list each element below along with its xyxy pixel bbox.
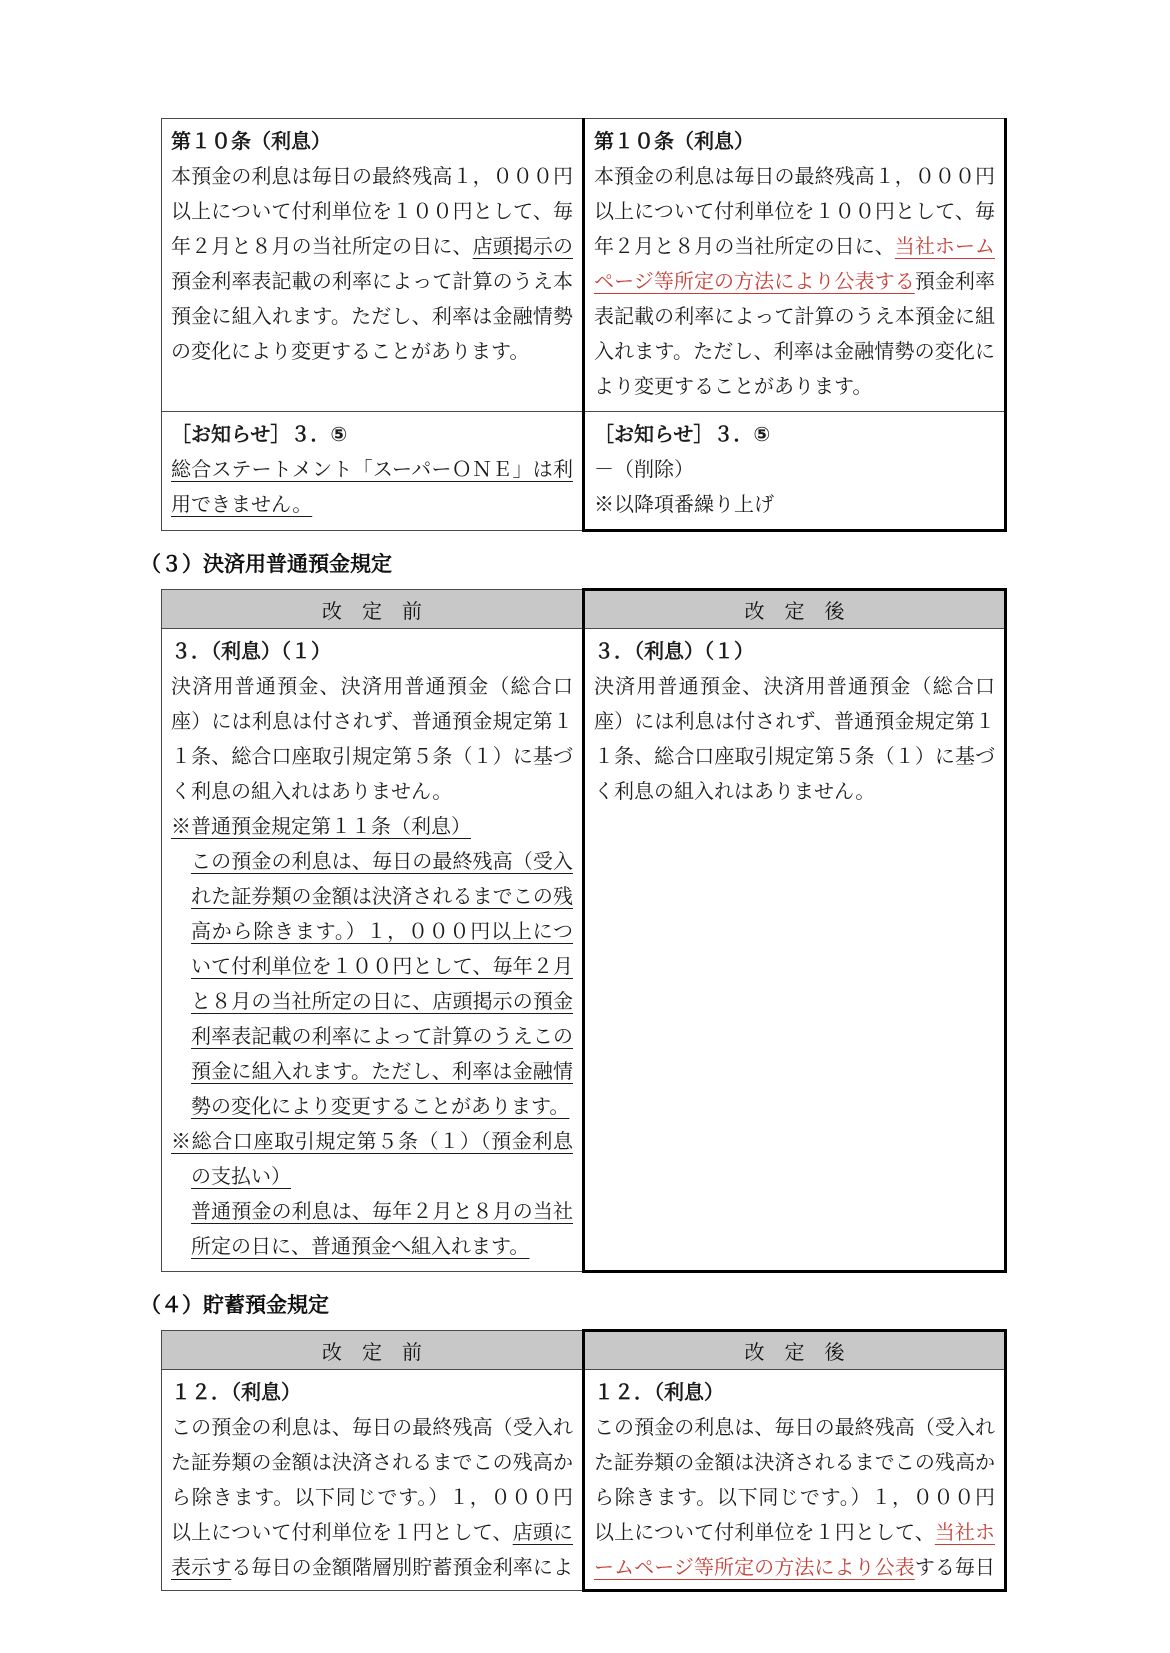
text-segment: ※総合口座取引規定第５条（１）（預金利息の支払い） (171, 1131, 573, 1188)
text-segment: ※以降項番繰り上げ (594, 494, 774, 516)
clause-paragraph: 本預金の利息は毎日の最終残高１，０００円以上について付利単位を１００円として、毎… (171, 160, 573, 370)
clause-paragraph: －（削除） (594, 453, 995, 488)
revision-table-deposit-general: 第１０条（利息）本預金の利息は毎日の最終残高１，０００円以上について付利単位を１… (161, 118, 1007, 532)
cell-before-notice: ［お知らせ］３．⑤総合ステートメント「スーパーＯＮＥ」は利用できません。 (162, 412, 584, 531)
text-segment: この預金の利息は、毎日の最終残高（受入れた証券類の金額は決済されるまでこの残高か… (191, 851, 573, 1118)
section-heading-savings-deposit: （４）貯蓄預金規定 (140, 1292, 1170, 1319)
column-header-after: 改 定 後 (584, 1331, 1006, 1370)
revision-table-savings-deposit: 改 定 前 改 定 後 １２．（利息）この預金の利息は、毎日の最終残高（受入れた… (161, 1329, 1007, 1592)
clause-paragraph: 決済用普通預金、決済用普通預金（総合口座）には利息は付されず、普通預金規定第１１… (171, 670, 573, 810)
text-segment: ［お知らせ］３．⑤ (594, 424, 770, 446)
clause-paragraph: この預金の利息は、毎日の最終残高（受入れた証券類の金額は決済されるまでこの残高か… (191, 845, 573, 1125)
clause-paragraph: 決済用普通預金、決済用普通預金（総合口座）には利息は付されず、普通預金規定第１１… (594, 670, 995, 810)
clause-paragraph: ※総合口座取引規定第５条（１）（預金利息の支払い） (171, 1125, 573, 1195)
text-segment: ３．（利息）（１） (171, 641, 331, 663)
clause-heading: ［お知らせ］３．⑤ (594, 418, 995, 453)
cell-before-settlement-interest: ３．（利息）（１）決済用普通預金、決済用普通預金（総合口座）には利息は付されず、… (162, 629, 584, 1272)
text-segment: 第１０条（利息） (171, 131, 331, 153)
section-heading-settlement-deposit: （３）決済用普通預金規定 (140, 551, 1170, 578)
cell-after-article-10: 第１０条（利息）本預金の利息は毎日の最終残高１，０００円以上について付利単位を１… (584, 119, 1006, 412)
text-segment: 第１０条（利息） (594, 131, 754, 153)
column-header-after: 改 定 後 (584, 590, 1006, 629)
revision-table-settlement-deposit: 改 定 前 改 定 後 ３．（利息）（１）決済用普通預金、決済用普通預金（総合口… (161, 588, 1007, 1273)
text-segment: 総合ステートメント「スーパーＯＮＥ」は利用できません。 (171, 459, 573, 516)
text-segment: 決済用普通預金、決済用普通預金（総合口座）には利息は付されず、普通預金規定第１１… (594, 676, 995, 803)
clipped-cell-content: １２．（利息）この預金の利息は、毎日の最終残高（受入れた証券類の金額は決済される… (594, 1376, 995, 1583)
cell-after-savings-interest: １２．（利息）この預金の利息は、毎日の最終残高（受入れた証券類の金額は決済される… (584, 1370, 1006, 1591)
clause-heading: ３．（利息）（１） (594, 635, 995, 670)
text-segment: 店頭掲示の (473, 236, 573, 258)
text-segment: ３．（利息）（１） (594, 641, 754, 663)
text-segment: る毎日の金額階層別貯蓄預金利率によって計 (171, 1557, 573, 1583)
clause-paragraph: 普通預金の利息は、毎年２月と８月の当社所定の日に、普通預金へ組入れます。 (191, 1195, 573, 1265)
text-segment: 預金利率表記載の利率によって計算のうえ本預金に組入れます。ただし、利率は金融情勢… (171, 271, 573, 363)
document-page: 第１０条（利息）本預金の利息は毎日の最終残高１，０００円以上について付利単位を１… (0, 0, 1170, 1653)
text-segment: ※普通預金規定第１１条（利息） (171, 816, 471, 838)
clause-heading: 第１０条（利息） (171, 125, 573, 160)
cell-before-savings-interest: １２．（利息）この預金の利息は、毎日の最終残高（受入れた証券類の金額は決済される… (162, 1370, 584, 1591)
text-segment: －（削除） (594, 459, 694, 481)
clause-heading: ［お知らせ］３．⑤ (171, 418, 573, 453)
clause-paragraph: 本預金の利息は毎日の最終残高１，０００円以上について付利単位を１００円として、毎… (594, 160, 995, 405)
cell-after-settlement-interest: ３．（利息）（１）決済用普通預金、決済用普通預金（総合口座）には利息は付されず、… (584, 629, 1006, 1272)
column-header-before: 改 定 前 (162, 590, 584, 629)
text-segment: ［お知らせ］３．⑤ (171, 424, 347, 446)
clause-heading: ３．（利息）（１） (171, 635, 573, 670)
column-header-before: 改 定 前 (162, 1331, 584, 1370)
clause-paragraph: 総合ステートメント「スーパーＯＮＥ」は利用できません。 (171, 453, 573, 523)
cell-after-notice: ［お知らせ］３．⑤－（削除）※以降項番繰り上げ (584, 412, 1006, 531)
clause-heading: １２．（利息） (594, 1376, 995, 1411)
cell-before-article-10: 第１０条（利息）本預金の利息は毎日の最終残高１，０００円以上について付利単位を１… (162, 119, 584, 412)
clause-heading: 第１０条（利息） (594, 125, 995, 160)
text-segment: 決済用普通預金、決済用普通預金（総合口座）には利息は付されず、普通預金規定第１１… (171, 676, 573, 803)
clause-paragraph: ※以降項番繰り上げ (594, 488, 995, 523)
text-segment: 普通預金の利息は、毎年２月と８月の当社所定の日に、普通預金へ組入れます。 (191, 1201, 573, 1258)
text-segment: １２．（利息） (171, 1382, 301, 1404)
clause-paragraph: この預金の利息は、毎日の最終残高（受入れた証券類の金額は決済されるまでこの残高か… (171, 1411, 573, 1583)
clause-paragraph: ※普通預金規定第１１条（利息） (171, 810, 573, 845)
text-segment: １２．（利息） (594, 1382, 724, 1404)
clause-paragraph: この預金の利息は、毎日の最終残高（受入れた証券類の金額は決済されるまでこの残高か… (594, 1411, 995, 1583)
clipped-cell-content: １２．（利息）この預金の利息は、毎日の最終残高（受入れた証券類の金額は決済される… (171, 1376, 573, 1583)
clause-heading: １２．（利息） (171, 1376, 573, 1411)
